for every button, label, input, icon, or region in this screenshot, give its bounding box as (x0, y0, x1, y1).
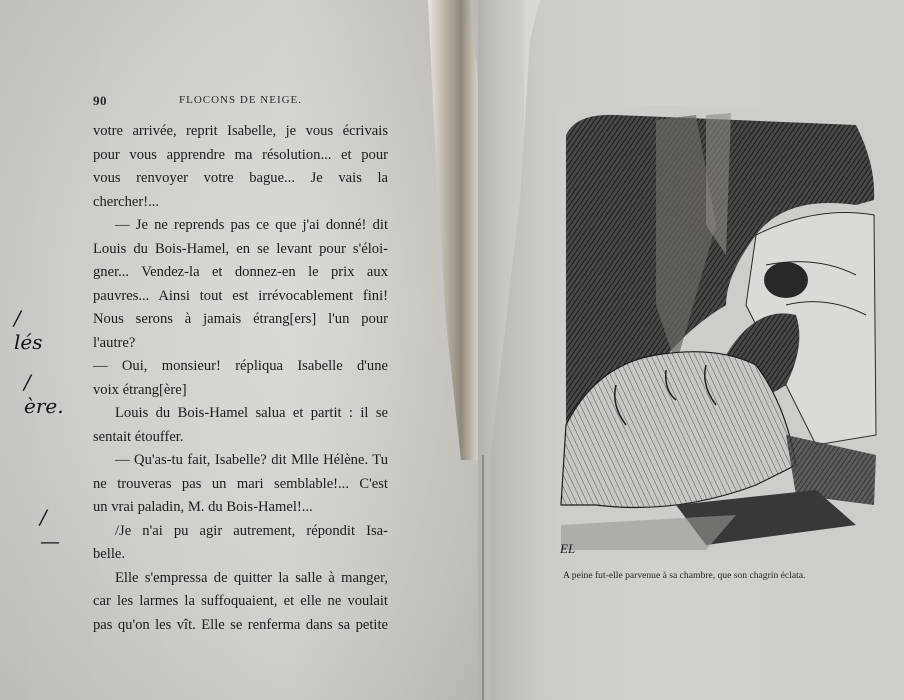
engraving-illustration: EL (556, 105, 881, 560)
text-line: gner... Vendez-la et donnez-en le prix a… (93, 261, 388, 285)
text-line: Louis du Bois-Hamel salua et partit : il… (93, 402, 388, 426)
text-line: voix étrang[ère] (93, 379, 388, 403)
text-line: — Je ne reprends pas ce que j'ai donné! … (93, 214, 388, 238)
text-line: Elle s'empressa de quitter la salle à ma… (93, 567, 388, 591)
text-line: Nous serons à jamais étrang[ers] l'un po… (93, 308, 388, 332)
text-line: sentait étouffer. (93, 426, 388, 450)
text-line: ne trouveras pas un mari semblable!... C… (93, 473, 388, 497)
text-line: pour vous apprendre ma résolution... et … (93, 144, 388, 168)
text-line: chercher!... (93, 191, 388, 215)
artist-signature: EL (559, 541, 575, 556)
text-line: votre arrivée, reprit Isabelle, je vous … (93, 120, 388, 144)
illustration-caption: A peine fut-elle parvenue à sa chambre, … (563, 570, 863, 581)
body-text: votre arrivée, reprit Isabelle, je vous … (93, 120, 388, 637)
text-line: l'autre? (93, 332, 388, 356)
text-line: — Qu'as-tu fait, Isabelle? dit Mlle Hélè… (93, 449, 388, 473)
handwritten-note: / ère. (24, 370, 64, 418)
handwritten-note: / — (40, 505, 60, 553)
handwritten-note: / lés (14, 306, 42, 354)
text-line: pauvres... Ainsi tout est irrévocablemen… (93, 285, 388, 309)
text-line: /Je n'ai pu agir autrement, répondit Isa… (93, 520, 388, 544)
text-line: belle. (93, 543, 388, 567)
page-number: 90 (93, 93, 107, 109)
running-title: FLOCONS DE NEIGE. (179, 94, 302, 106)
text-line: — Oui, monsieur! répliqua Isabelle d'une (93, 355, 388, 379)
text-line: vous renvoyer votre bague... Je vais la (93, 167, 388, 191)
binding-thread (482, 455, 484, 700)
text-line: car les larmes la suffoquaient, et elle … (93, 590, 388, 614)
text-line: pas qu'on les vît. Elle se renferma dans… (93, 614, 388, 638)
text-line: un vrai paladin, M. du Bois-Hamel!... (93, 496, 388, 520)
text-line: Louis du Bois-Hamel, en se levant pour s… (93, 238, 388, 262)
